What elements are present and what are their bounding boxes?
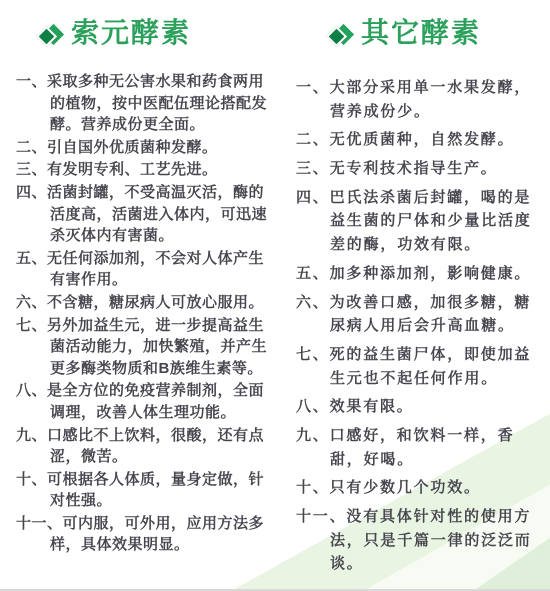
item-number: 二、 — [16, 139, 47, 156]
left-column-header: 索元酵素 — [38, 16, 274, 52]
item-text: 无优质菌种，自然发酵。 — [330, 131, 515, 148]
list-item: 九、口感比不上饮料，很酸，还有点涩，微苦。 — [16, 425, 274, 468]
item-number: 四、 — [296, 189, 330, 206]
left-column-list: 一、采取多种无公害水果和药食两用的植物，按中医配伍理论搭配发酵。营养成份更全面。… — [16, 71, 274, 556]
item-number: 七、 — [16, 317, 47, 334]
list-item: 十、只有少数几个功效。 — [296, 476, 546, 500]
item-number: 十、 — [296, 479, 330, 496]
list-item: 八、是全方位的免疫营养制剂，全面调理，改善人体生理功能。 — [16, 380, 274, 423]
double-diamond-icon — [38, 21, 64, 47]
item-text: 死的益生菌尸体，即使加益生元也不起任何作用。 — [330, 346, 532, 387]
item-number: 五、 — [296, 265, 330, 282]
list-item: 一、大部分采用单一水果发酵，营养成份少。 — [296, 76, 546, 123]
item-text: 口感比不上饮料，很酸，还有点涩，微苦。 — [47, 427, 264, 466]
right-column-list: 一、大部分采用单一水果发酵，营养成份少。 二、无优质菌种，自然发酵。 三、无专利… — [296, 76, 546, 576]
item-text: 活菌封罐，不受高温灭活，酶的活度高，活菌进入体内，可迅速杀灭体内有害菌。 — [47, 184, 267, 244]
item-text: 是全方位的免疫营养制剂，全面调理，改善人体生理功能。 — [47, 382, 264, 421]
item-number: 一、 — [16, 73, 47, 90]
item-text: 为改善口感，加很多糖，糖尿病人用后会升高血糖。 — [330, 294, 532, 335]
item-number: 三、 — [296, 160, 330, 177]
double-diamond-icon — [328, 21, 354, 47]
list-item: 十一、没有具体针对性的使用方法，只是千篇一律的泛泛而谈。 — [296, 505, 546, 576]
list-item: 七、另外加益生元，进一步提高益生菌活动能力，加快繁殖，并产生更多酶类物质和B族维… — [16, 315, 274, 380]
left-column-title: 索元酵素 — [71, 20, 191, 48]
list-item: 三、无专利技术指导生产。 — [296, 157, 546, 181]
item-text: 没有具体针对性的使用方法，只是千篇一律的泛泛而谈。 — [330, 508, 532, 572]
item-number: 十一、 — [16, 515, 63, 532]
item-number: 二、 — [296, 131, 330, 148]
right-column: 其它酵素 一、大部分采用单一水果发酵，营养成份少。 二、无优质菌种，自然发酵。 … — [296, 16, 546, 581]
list-item: 四、巴氏法杀菌后封罐，喝的是益生菌的尸体和少量比活度差的酶，功效有限。 — [296, 186, 546, 257]
item-number: 九、 — [296, 427, 330, 444]
item-text: 无任何添加剂，不会对人体产生有害作用。 — [47, 250, 264, 289]
list-item: 七、死的益生菌尸体，即使加益生元也不起任何作用。 — [296, 343, 546, 390]
item-text: 只有少数几个功效。 — [330, 479, 481, 496]
item-text: 不含糖，糖尿病人可放心服用。 — [47, 294, 264, 311]
list-item: 十一、可内服，可外用，应用方法多样，具体效果明显。 — [16, 513, 274, 556]
item-text: 有发明专利、工艺先进。 — [47, 161, 218, 178]
list-item: 二、引自国外优质菌种发酵。 — [16, 137, 274, 159]
list-item: 六、不含糖，糖尿病人可放心服用。 — [16, 292, 274, 314]
item-text: 加多种添加剂，影响健康。 — [330, 265, 532, 282]
item-text: 巴氏法杀菌后封罐，喝的是益生菌的尸体和少量比活度差的酶，功效有限。 — [330, 189, 532, 253]
list-item: 八、效果有限。 — [296, 395, 546, 419]
item-number: 一、 — [296, 79, 330, 96]
list-item: 九、口感好，和饮料一样，香甜，好喝。 — [296, 424, 546, 471]
item-text: 可内服，可外用，应用方法多样，具体效果明显。 — [50, 515, 264, 554]
item-text: 无专利技术指导生产。 — [330, 160, 498, 177]
right-column-title: 其它酵素 — [361, 20, 481, 48]
item-number: 八、 — [16, 382, 47, 399]
item-text: 口感好，和饮料一样，香甜，好喝。 — [330, 427, 515, 468]
item-text: 大部分采用单一水果发酵，营养成份少。 — [330, 79, 532, 120]
list-item: 五、无任何添加剂，不会对人体产生有害作用。 — [16, 248, 274, 291]
list-item: 二、无优质菌种，自然发酵。 — [296, 128, 546, 152]
item-number: 十、 — [16, 471, 47, 488]
left-column: 索元酵素 一、采取多种无公害水果和药食两用的植物，按中医配伍理论搭配发酵。营养成… — [16, 16, 274, 557]
item-number: 九、 — [16, 427, 47, 444]
item-text: 效果有限。 — [330, 398, 414, 415]
list-item: 一、采取多种无公害水果和药食两用的植物，按中医配伍理论搭配发酵。营养成份更全面。 — [16, 71, 274, 136]
item-text: 采取多种无公害水果和药食两用的植物，按中医配伍理论搭配发酵。营养成份更全面。 — [47, 73, 267, 133]
item-number: 八、 — [296, 398, 330, 415]
item-text: 引自国外优质菌种发酵。 — [47, 139, 218, 156]
list-item: 五、加多种添加剂，影响健康。 — [296, 262, 546, 286]
item-number: 三、 — [16, 161, 47, 178]
right-column-header: 其它酵素 — [328, 16, 546, 52]
item-number: 六、 — [296, 294, 330, 311]
item-text: 另外加益生元，进一步提高益生菌活动能力，加快繁殖，并产生更多酶类物质和B族维生素… — [47, 317, 267, 377]
item-number: 六、 — [16, 294, 47, 311]
item-number: 七、 — [296, 346, 330, 363]
item-text: 可根据各人体质，量身定做，针对性强。 — [47, 471, 264, 510]
item-number: 四、 — [16, 184, 47, 201]
list-item: 十、可根据各人体质，量身定做，针对性强。 — [16, 469, 274, 512]
list-item: 四、活菌封罐，不受高温灭活，酶的活度高，活菌进入体内，可迅速杀灭体内有害菌。 — [16, 182, 274, 247]
item-number: 五、 — [16, 250, 47, 267]
item-number: 十一、 — [296, 508, 346, 525]
list-item: 三、有发明专利、工艺先进。 — [16, 159, 274, 181]
list-item: 六、为改善口感，加很多糖，糖尿病人用后会升高血糖。 — [296, 291, 546, 338]
